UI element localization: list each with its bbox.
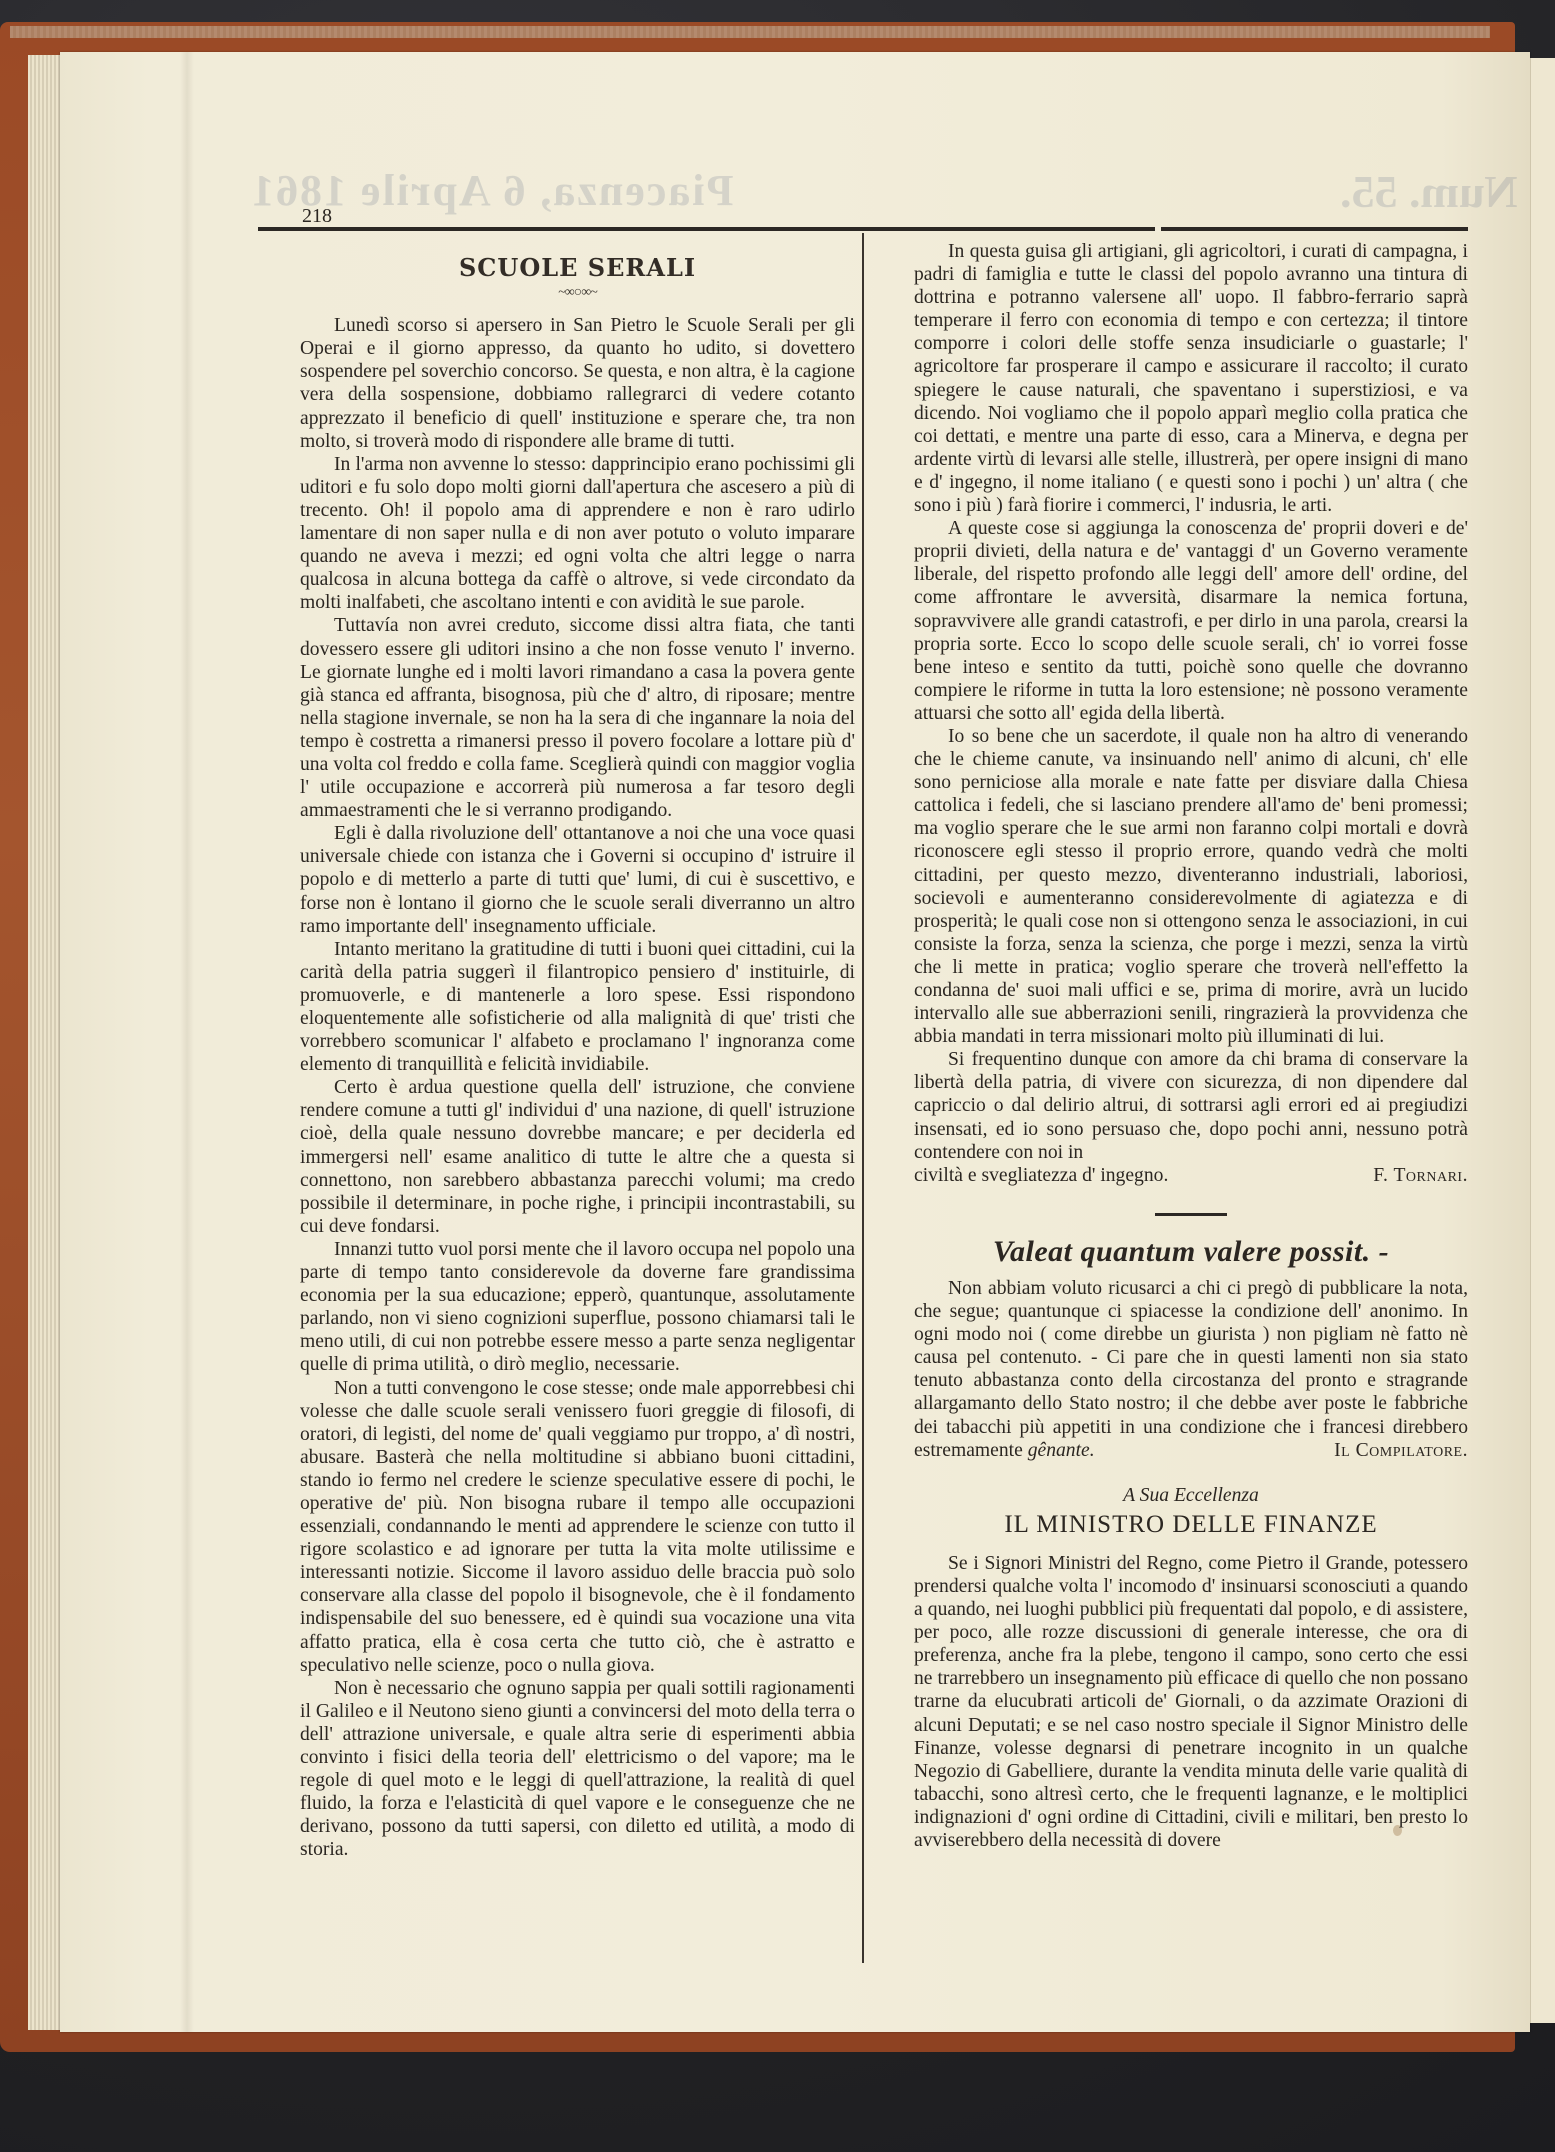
page-number: 218 <box>302 205 332 228</box>
paragraph: Non è necessario che ognuno sappia per q… <box>300 1677 855 1862</box>
second-article-title: Valeat quantum valere possit. - <box>914 1240 1468 1263</box>
bleed-through-issue-number: Num. 55. <box>1340 165 1518 218</box>
article-title: SCUOLE SERALI <box>300 256 855 279</box>
paragraph: Innanzi tutto vuol porsi mente che il la… <box>300 1238 855 1377</box>
paragraph: In questa guisa gli artigiani, gli agric… <box>914 240 1468 517</box>
column-divider <box>862 233 864 1963</box>
paragraph: Non abbiam voluto ricusarci a chi ci pre… <box>914 1277 1468 1462</box>
header-rule <box>258 227 1468 231</box>
binding-top-edge <box>10 26 1490 38</box>
signature-line: civiltà e svegliatezza d' ingegno. F. To… <box>914 1164 1468 1187</box>
paragraph: Intanto meritano la gratitudine di tutti… <box>300 938 855 1077</box>
paragraph: In l'arma non avvenne lo stesso: dapprin… <box>300 453 855 615</box>
paragraph: Non a tutti convengono le cose stesse; o… <box>300 1377 855 1677</box>
ornament-divider: ~∞○∞~ <box>300 281 855 304</box>
paragraph: Tuttavía non avrei creduto, siccome diss… <box>300 614 855 822</box>
dedication: A Sua Eccellenza <box>914 1484 1468 1507</box>
paragraph: Egli è dalla rivoluzione dell' ottantano… <box>300 822 855 937</box>
paragraph: Certo è ardua questione quella dell' ist… <box>300 1076 855 1238</box>
paragraph: Se i Signori Ministri del Regno, come Pi… <box>914 1552 1468 1852</box>
closing-line: civiltà e svegliatezza d' ingegno. <box>914 1164 1168 1187</box>
paragraph: Io so bene che un sacerdote, il quale no… <box>914 725 1468 1048</box>
page-fold <box>180 52 194 2032</box>
paragraph: Si frequentino dunque con amore da chi b… <box>914 1048 1468 1163</box>
header-rule-gap <box>1155 226 1161 232</box>
paragraph: A queste cose si aggiunga la conoscenza … <box>914 517 1468 725</box>
compiler-signature: Il Compilatore. <box>1300 1439 1468 1462</box>
author-signature: F. Tornari. <box>1373 1164 1468 1187</box>
paragraph: Lunedì scorso si apersero in San Pietro … <box>300 314 855 453</box>
right-column: In questa guisa gli artigiani, gli agric… <box>914 240 1468 1852</box>
third-article-title: IL MINISTRO DELLE FINANZE <box>914 1513 1468 1536</box>
second-article-body: Non abbiam voluto ricusarci a chi ci pre… <box>914 1278 1468 1461</box>
next-page-edge <box>1530 58 1555 2023</box>
section-divider <box>1155 1213 1227 1216</box>
italic-word: gênante. <box>1028 1440 1095 1461</box>
left-column: SCUOLE SERALI ~∞○∞~ Lunedì scorso si ape… <box>300 256 855 1861</box>
